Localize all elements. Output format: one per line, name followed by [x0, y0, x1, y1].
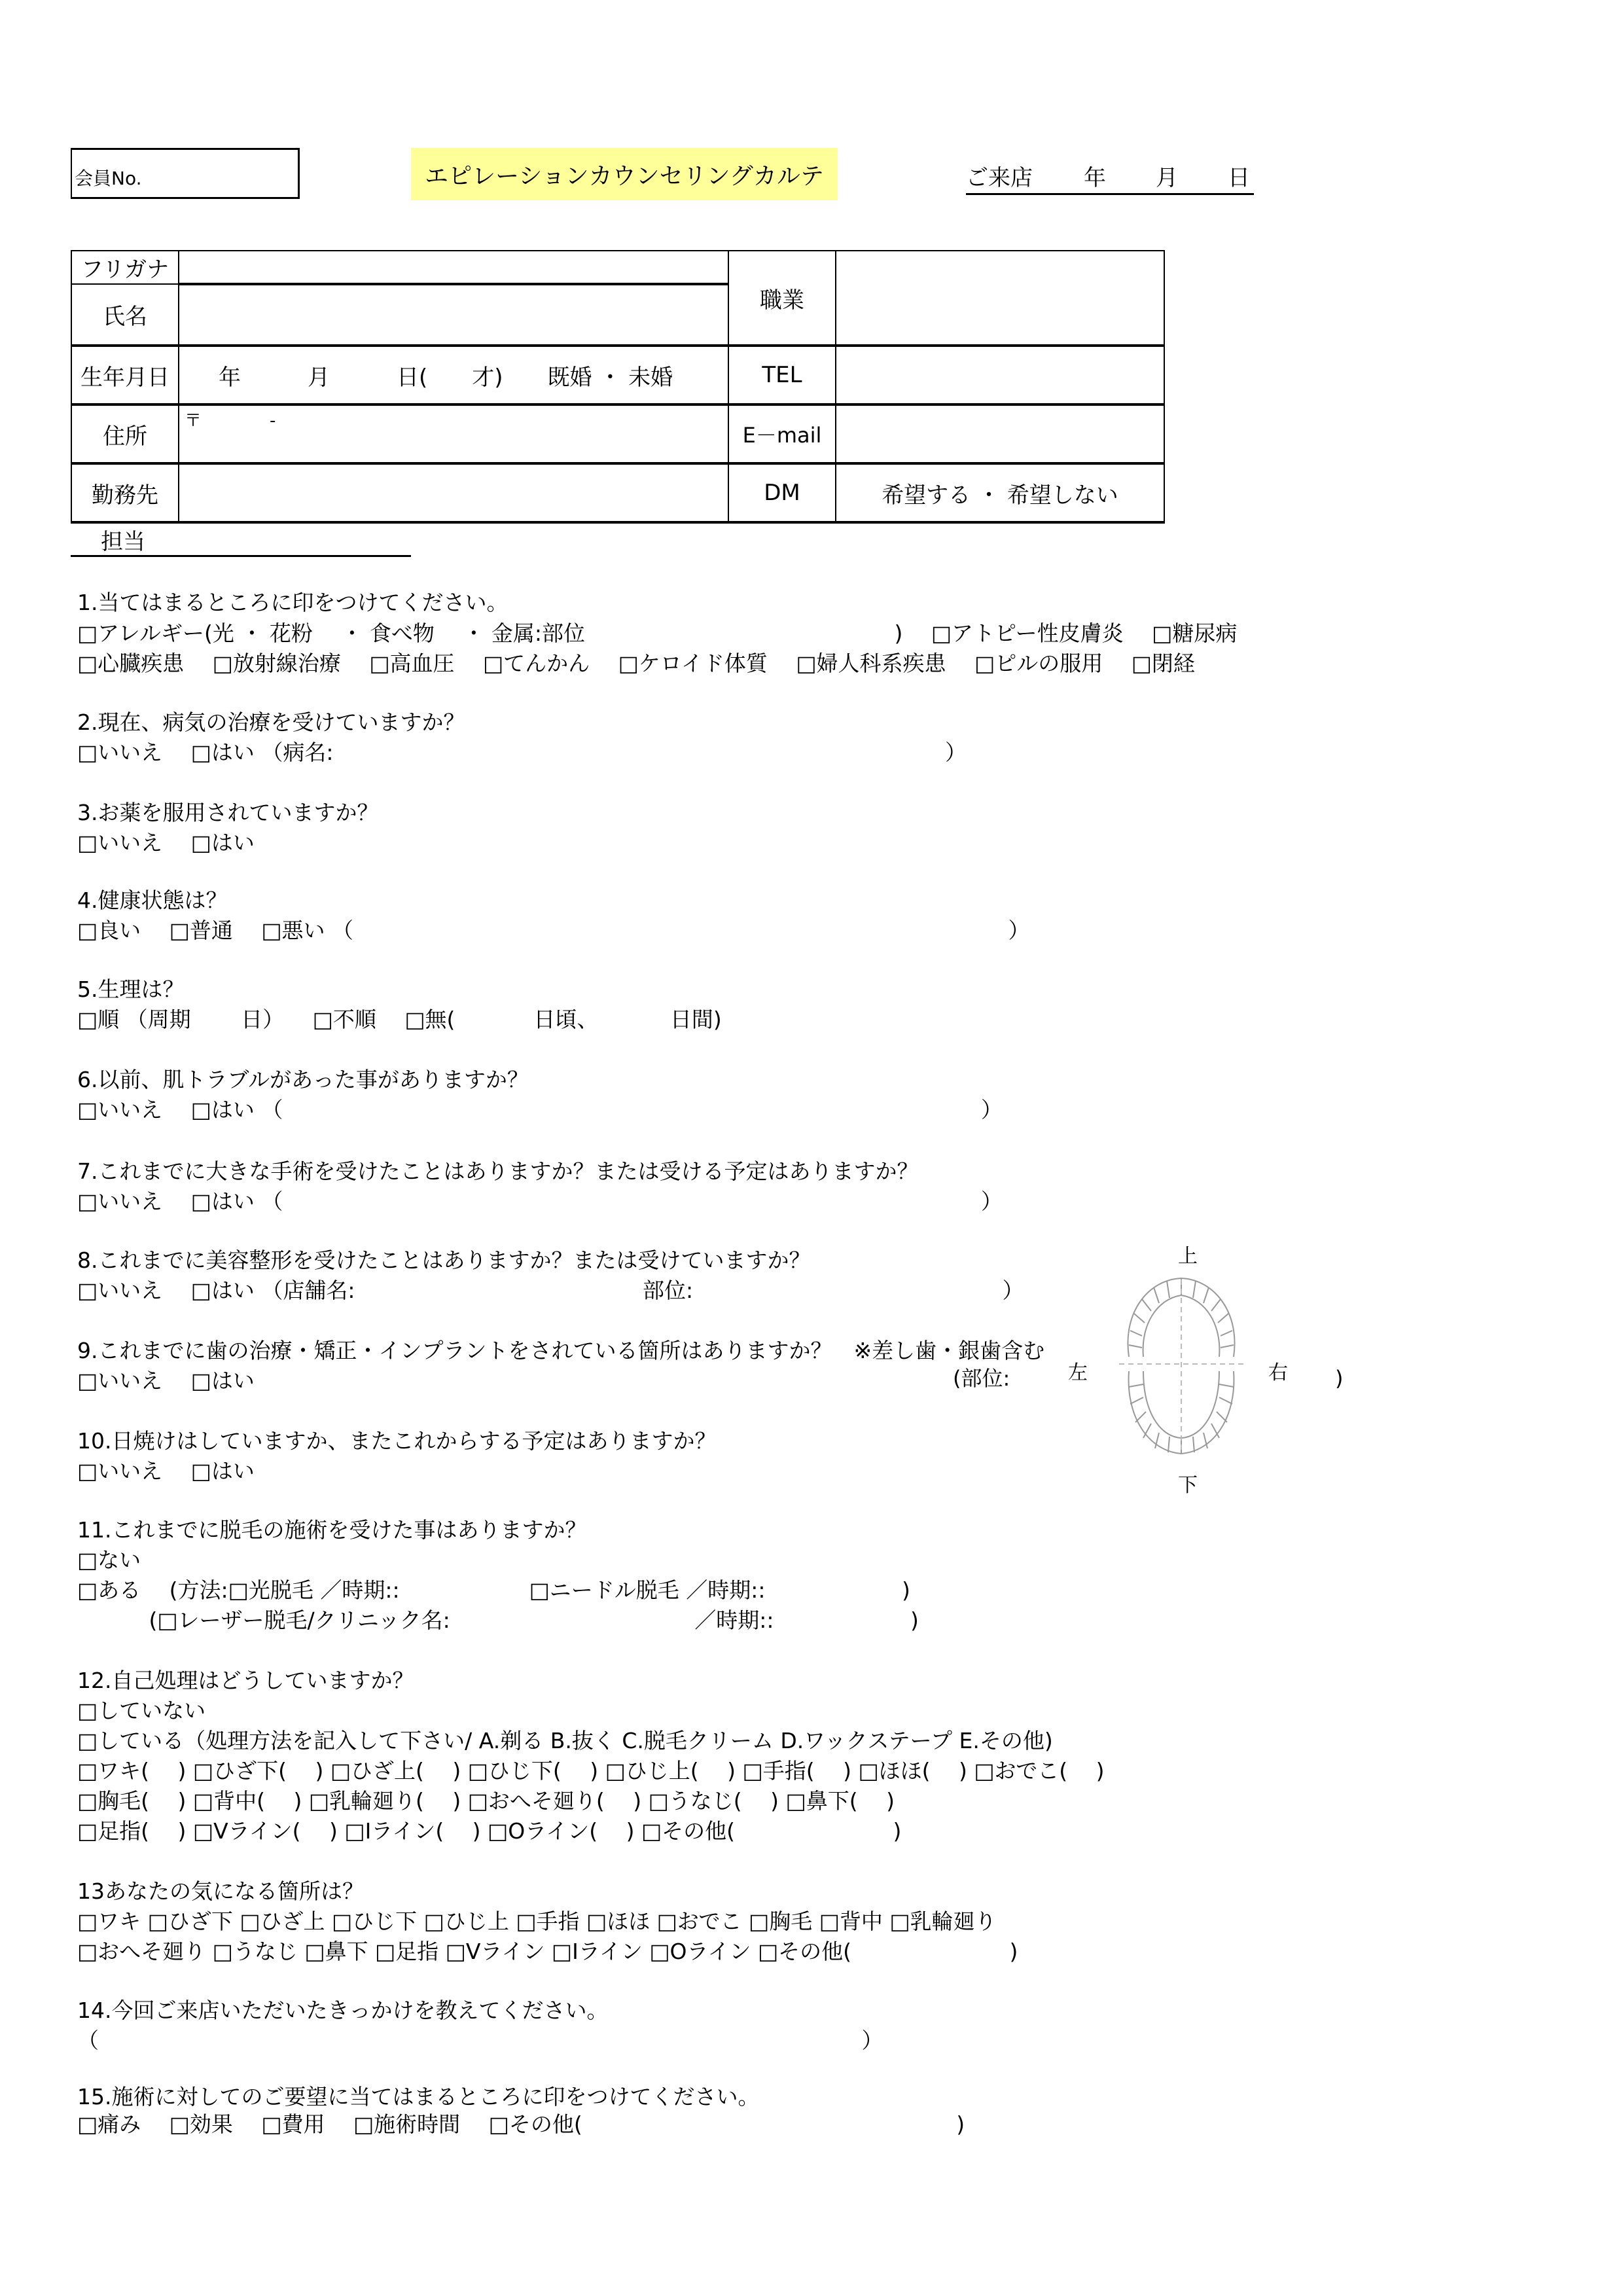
customer-info-table: フリガナ 職業 氏名 生年月日 年 月 日( 才) 既婚 ・ 未婚 TEL 住所… [71, 250, 1165, 524]
visit-month-label: 月 [1156, 160, 1228, 192]
question-9-site-close: ) [1335, 1365, 1343, 1391]
furigana-field[interactable] [179, 251, 728, 284]
question-13-areas-1[interactable]: □ワキ □ひざ下 □ひざ上 □ひじ下 □ひじ上 □手指 □ほほ □おでこ □胸毛… [77, 1905, 997, 1935]
question-12-areas-3[interactable]: □足指( ) □Vライン( ) □Iライン( ) □Oライン( ) □その他( … [77, 1814, 901, 1845]
teeth-top-label: 上 [1178, 1244, 1198, 1270]
question-1-title: 1.当てはまるところに印をつけてください。 [77, 586, 508, 617]
question-14-title: 14.今回ご来店いただいたきっかけを教えてください。 [77, 1994, 608, 2024]
occupation-label: 職業 [728, 251, 836, 346]
question-4-title: 4.健康状態は？ [77, 884, 228, 914]
question-15-title: 15.施術に対してのご要望に当てはまるところに印をつけてください。 [77, 2080, 759, 2111]
question-9-options[interactable]: □いいえ □はい [77, 1364, 255, 1395]
question-12-title: 12.自己処理はどうしていますか？ [77, 1664, 414, 1695]
staff-label: 担当 [101, 524, 145, 556]
question-7-options[interactable]: □いいえ □はい （ ） [77, 1185, 1003, 1215]
teeth-bottom-label: 下 [1178, 1473, 1198, 1499]
teeth-chart-icon[interactable] [1116, 1273, 1247, 1463]
email-field[interactable] [836, 404, 1164, 463]
question-13-areas-2[interactable]: □おへそ廻り □うなじ □鼻下 □足指 □Vライン □Iライン □Oライン □そ… [77, 1935, 1018, 1965]
question-3-options[interactable]: □いいえ □はい [77, 826, 255, 857]
question-1-options-2[interactable]: □心臓疾患 □放射線治療 □高血圧 □てんかん □ケロイド体質 □婦人科系疾患 … [77, 647, 1195, 677]
question-12-option-none[interactable]: □していない [77, 1694, 205, 1725]
question-12-option-yes[interactable]: □している（処理方法を記入して下さい/ A.剃る B.抜く C.脱毛クリーム D… [77, 1724, 1053, 1755]
question-2-options[interactable]: □いいえ □はい （病名: ） [77, 736, 967, 766]
tel-label: TEL [728, 346, 836, 404]
form-title-text: エピレーションカウンセリングカルテ [425, 158, 824, 191]
birthdate-value: 年 月 日( 才) 既婚 ・ 未婚 [219, 365, 673, 391]
workplace-label: 勤務先 [71, 463, 179, 522]
question-6-title: 6.以前、肌トラブルがあった事がありますか？ [77, 1063, 529, 1094]
question-11-title: 11.これまでに脱毛の施術を受けた事はありますか？ [77, 1513, 586, 1544]
question-1-options-1[interactable]: □アレルギー(光 ・ 花粉 ・ 食べ物 ・ 金属:部位 ) □アトピー性皮膚炎 … [77, 617, 1237, 647]
email-label: E－mail [728, 404, 836, 463]
question-14-answer[interactable]: （ ） [77, 2024, 883, 2054]
question-2-title: 2.現在、病気の治療を受けていますか？ [77, 706, 465, 736]
visit-label: ご来店 [966, 160, 1084, 192]
question-7-title: 7.これまでに大きな手術を受けたことはありますか？または受ける予定はありますか？ [77, 1155, 919, 1185]
name-label: 氏名 [71, 284, 179, 346]
question-3-title: 3.お薬を服用されていますか？ [77, 796, 379, 827]
question-5-title: 5.生理は？ [77, 973, 185, 1003]
question-11-option-none[interactable]: □ない [77, 1543, 141, 1574]
staff-field[interactable]: 担当 [71, 522, 411, 557]
visit-year-label: 年 [1084, 160, 1156, 192]
question-8-options[interactable]: □いいえ □はい （店舗名: 部位: ） [77, 1274, 1024, 1304]
question-11-option-yes[interactable]: □ある (方法:□光脱毛 ／時期:: □ニードル脱毛 ／時期:: ) [77, 1573, 910, 1604]
address-label: 住所 [71, 404, 179, 463]
form-title: エピレーションカウンセリングカルテ [411, 148, 838, 200]
name-field[interactable] [179, 284, 728, 346]
dm-field[interactable]: 希望する ・ 希望しない [836, 463, 1164, 522]
tel-field[interactable] [836, 346, 1164, 404]
teeth-left-label: 左 [1068, 1360, 1088, 1386]
address-field[interactable]: 〒 - [179, 404, 728, 463]
question-9-title: 9.これまでに歯の治療・矯正・インプラントをされている箇所はありますか？ ※差し… [77, 1334, 1044, 1365]
dm-label: DM [728, 463, 836, 522]
question-13-title: 13あなたの気になる箇所は？ [77, 1874, 364, 1905]
question-10-title: 10.日焼けはしていますか、またこれからする予定はありますか？ [77, 1424, 716, 1455]
teeth-right-label: 右 [1268, 1360, 1288, 1386]
question-12-areas-2[interactable]: □胸毛( ) □背中( ) □乳輪廻り( ) □おへそ廻り( ) □うなじ( )… [77, 1784, 895, 1815]
dm-options: 希望する ・ 希望しない [882, 482, 1118, 509]
visit-day-label: 日 [1228, 160, 1254, 192]
question-11-option-laser[interactable]: (□レーザー脱毛/クリニック名: ／時期:: ) [77, 1604, 919, 1634]
furigana-label: フリガナ [71, 251, 179, 284]
birthdate-label: 生年月日 [71, 346, 179, 404]
postal-code-prefix: 〒 - [179, 411, 276, 431]
workplace-field[interactable] [179, 463, 728, 522]
occupation-field[interactable] [836, 251, 1164, 346]
member-number-label: 会員No. [75, 164, 142, 190]
question-12-areas-1[interactable]: □ワキ( ) □ひざ下( ) □ひざ上( ) □ひじ下( ) □ひじ上( ) □… [77, 1754, 1104, 1785]
question-8-title: 8.これまでに美容整形を受けたことはありますか？または受けていますか？ [77, 1244, 811, 1274]
question-15-options[interactable]: □痛み □効果 □費用 □施術時間 □その他( ) [77, 2108, 965, 2138]
question-6-options[interactable]: □いいえ □はい （ ） [77, 1093, 1003, 1124]
question-9-site-label: (部位: [953, 1365, 1010, 1391]
birthdate-field[interactable]: 年 月 日( 才) 既婚 ・ 未婚 [179, 346, 728, 404]
question-5-options[interactable]: □順 （周期 日） □不順 □無( 日頃、 日間) [77, 1003, 722, 1033]
question-4-options[interactable]: □良い □普通 □悪い （ ） [77, 914, 1030, 944]
question-10-options[interactable]: □いいえ □はい [77, 1454, 255, 1485]
visit-date-field[interactable]: ご来店 年 月 日 [966, 160, 1254, 195]
member-number-field[interactable]: 会員No. [71, 148, 300, 199]
